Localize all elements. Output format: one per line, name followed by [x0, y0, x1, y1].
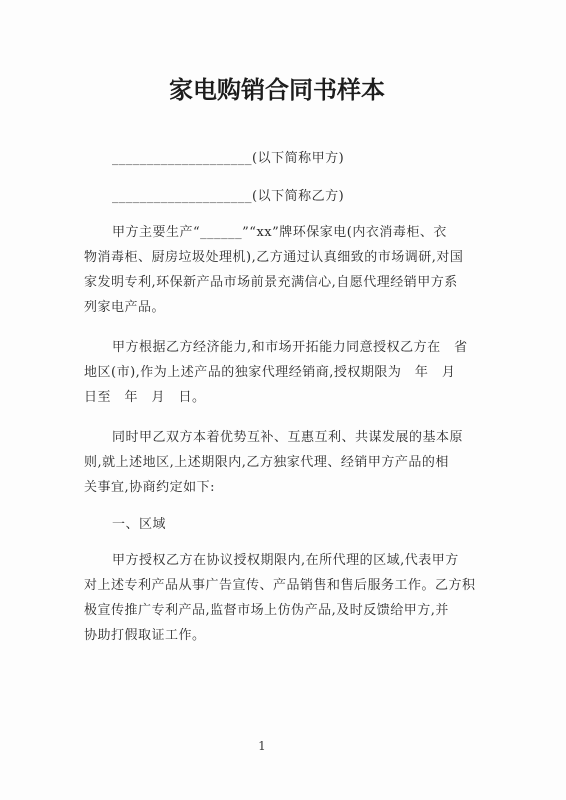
text-line: 家发明专利,环保新产品市场前景充满信心,自愿代理经销甲方系 [84, 270, 554, 295]
text-line: 甲方主要生产“______”“xx”牌环保家电(内衣消毒柜、衣 [84, 220, 554, 245]
section-heading-region: 一、区域 [112, 512, 166, 537]
text-line: 地区(市),作为上述产品的独家代理经销商,授权期限为 年 月 [84, 360, 554, 385]
document-title: 家电购销合同书样本 [169, 70, 385, 105]
paragraph-region-terms: 甲方授权乙方在协议授权期限内,在所代理的区域,代表甲方 对上述专利产品从事广告宣… [84, 548, 554, 648]
text-line: 极宣传推广专利产品,监督市场上仿伪产品,及时反馈给甲方,并 [84, 598, 554, 623]
page-number: 1 [258, 739, 266, 753]
text-line: 日至 年 月 日。 [84, 385, 554, 410]
text-line: 协助打假取证工作。 [84, 623, 554, 648]
party-b-blank-line: ____________________(以下简称乙方) [112, 184, 344, 209]
text-line: 列家电产品。 [84, 295, 554, 320]
text-line: 同时甲乙双方本着优势互补、互惠互利、共谋发展的基本原 [84, 425, 554, 450]
text-line: 物消毒柜、厨房垃圾处理机),乙方通过认真细致的市场调研,对国 [84, 245, 554, 270]
paragraph-principles: 同时甲乙双方本着优势互补、互惠互利、共谋发展的基本原 则,就上述地区,上述期限内… [84, 425, 554, 500]
party-a-blank-line: ____________________(以下简称甲方) [112, 146, 344, 171]
paragraph-authorization: 甲方根据乙方经济能力,和市场开拓能力同意授权乙方在 省 地区(市),作为上述产品… [84, 335, 554, 410]
text-line: 对上述专利产品从事广告宣传、产品销售和售后服务工作。乙方积 [84, 573, 554, 598]
text-line: 则,就上述地区,上述期限内,乙方独家代理、经销甲方产品的相 [84, 450, 554, 475]
paragraph-product-intro: 甲方主要生产“______”“xx”牌环保家电(内衣消毒柜、衣 物消毒柜、厨房垃… [84, 220, 554, 320]
contract-document-page: 家电购销合同书样本 ____________________(以下简称甲方) _… [0, 0, 566, 800]
text-line: 甲方授权乙方在协议授权期限内,在所代理的区域,代表甲方 [84, 548, 554, 573]
text-line: 关事宜,协商约定如下: [84, 475, 554, 500]
text-line: 甲方根据乙方经济能力,和市场开拓能力同意授权乙方在 省 [84, 335, 554, 360]
